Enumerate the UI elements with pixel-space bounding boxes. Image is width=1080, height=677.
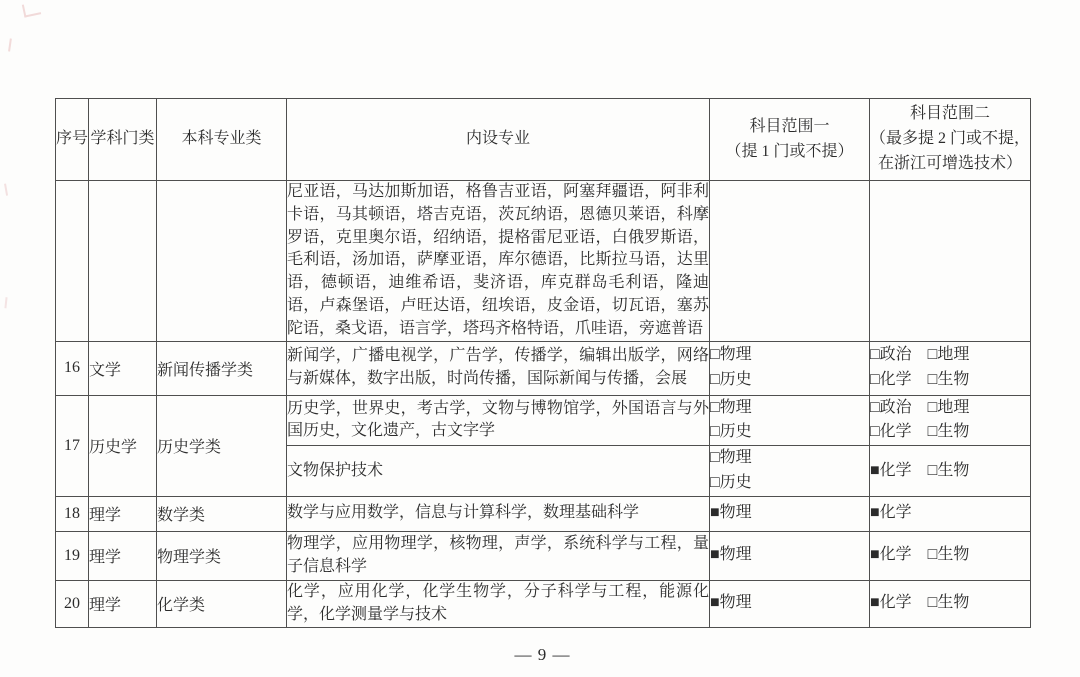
discipline-cell: 理学 [89,580,157,627]
discipline-cell [89,181,157,342]
seq-cell: 20 [56,580,89,627]
subject-range-2-cell: ■化学 [870,496,1031,531]
seq-cell [56,181,89,342]
major-class-cell: 物理学类 [157,531,287,580]
subject-range-2-cell: □政治 □地理 □化学 □生物 [870,341,1031,395]
subject-range-2-cell: □政治 □地理 □化学 □生物 [870,395,1031,446]
header-discipline: 学科门类 [89,99,157,181]
header-majors: 内设专业 [287,99,710,181]
majors-cell: 历史学，世界史，考古学，文物与博物馆学，外国语言与外国历史，文化遗产，古文字学 [287,395,710,446]
majors-cell: 尼亚语，马达加斯加语，格鲁吉亚语，阿塞拜疆语，阿非利卡语，马其顿语，塔吉克语，茨… [287,181,710,342]
subject-range-1-cell [710,181,870,342]
subject-range-1-cell: ■物理 [710,496,870,531]
subject-range-1-cell: □物理 □历史 [710,395,870,446]
red-pen-scan-mark [4,182,15,195]
major-class-cell: 新闻传播学类 [157,341,287,395]
seq-cell: 19 [56,531,89,580]
majors-cell: 化学，应用化学，化学生物学，分子科学与工程，能源化学，化学测量学与技术 [287,580,710,627]
table-row-17a: 17 历史学 历史学类 历史学，世界史，考古学，文物与博物馆学，外国语言与外国历… [56,395,1031,446]
majors-cell: 新闻学，广播电视学，广告学，传播学，编辑出版学，网络与新媒体，数字出版，时尚传播… [287,341,710,395]
red-pen-scan-mark [1,37,12,51]
red-pen-scan-mark [0,297,8,309]
table-row-18: 18 理学 数学类 数学与应用数学，信息与计算科学，数理基础科学 ■物理 ■化学 [56,496,1031,531]
subject-range-2-cell: ■化学 □生物 [870,446,1031,497]
red-pen-scan-mark [22,1,41,17]
major-class-cell: 化学类 [157,580,287,627]
subject-range-1-cell: ■物理 [710,531,870,580]
seq-cell: 18 [56,496,89,531]
table-row-continuation: 尼亚语，马达加斯加语，格鲁吉亚语，阿塞拜疆语，阿非利卡语，马其顿语，塔吉克语，茨… [56,181,1031,342]
header-major-class: 本科专业类 [157,99,287,181]
subject-range-2-cell [870,181,1031,342]
subject-range-1-cell: ■物理 [710,580,870,627]
seq-cell: 16 [56,341,89,395]
scanned-document-page: 序号 学科门类 本科专业类 内设专业 科目范围一 （提 1 门或不提） 科目范围… [0,0,1080,677]
discipline-cell: 文学 [89,341,157,395]
header-seq: 序号 [56,99,89,181]
subject-range-2-cell: ■化学 □生物 [870,531,1031,580]
major-class-cell: 数学类 [157,496,287,531]
majors-cell: 物理学，应用物理学，核物理，声学，系统科学与工程，量子信息科学 [287,531,710,580]
subject-range-2-cell: ■化学 □生物 [870,580,1031,627]
table-header-row: 序号 学科门类 本科专业类 内设专业 科目范围一 （提 1 门或不提） 科目范围… [56,99,1031,181]
subject-range-1-cell: □物理 □历史 [710,446,870,497]
majors-cell: 文物保护技术 [287,446,710,497]
header-subject-range-2: 科目范围二 （最多提 2 门或不提， 在浙江可增选技术） [870,99,1031,181]
subject-range-1-cell: □物理 □历史 [710,341,870,395]
discipline-cell: 理学 [89,496,157,531]
majors-cell: 数学与应用数学，信息与计算科学，数理基础科学 [287,496,710,531]
discipline-cell: 历史学 [89,395,157,496]
major-class-cell [157,181,287,342]
page-number: — 9 — [55,645,1030,665]
table-row-19: 19 理学 物理学类 物理学，应用物理学，核物理，声学，系统科学与工程，量子信息… [56,531,1031,580]
subject-requirements-table: 序号 学科门类 本科专业类 内设专业 科目范围一 （提 1 门或不提） 科目范围… [55,98,1031,628]
header-subject-range-1: 科目范围一 （提 1 门或不提） [710,99,870,181]
table-row-16: 16 文学 新闻传播学类 新闻学，广播电视学，广告学，传播学，编辑出版学，网络与… [56,341,1031,395]
major-class-cell: 历史学类 [157,395,287,496]
seq-cell: 17 [56,395,89,496]
discipline-cell: 理学 [89,531,157,580]
table-row-20: 20 理学 化学类 化学，应用化学，化学生物学，分子科学与工程，能源化学，化学测… [56,580,1031,627]
